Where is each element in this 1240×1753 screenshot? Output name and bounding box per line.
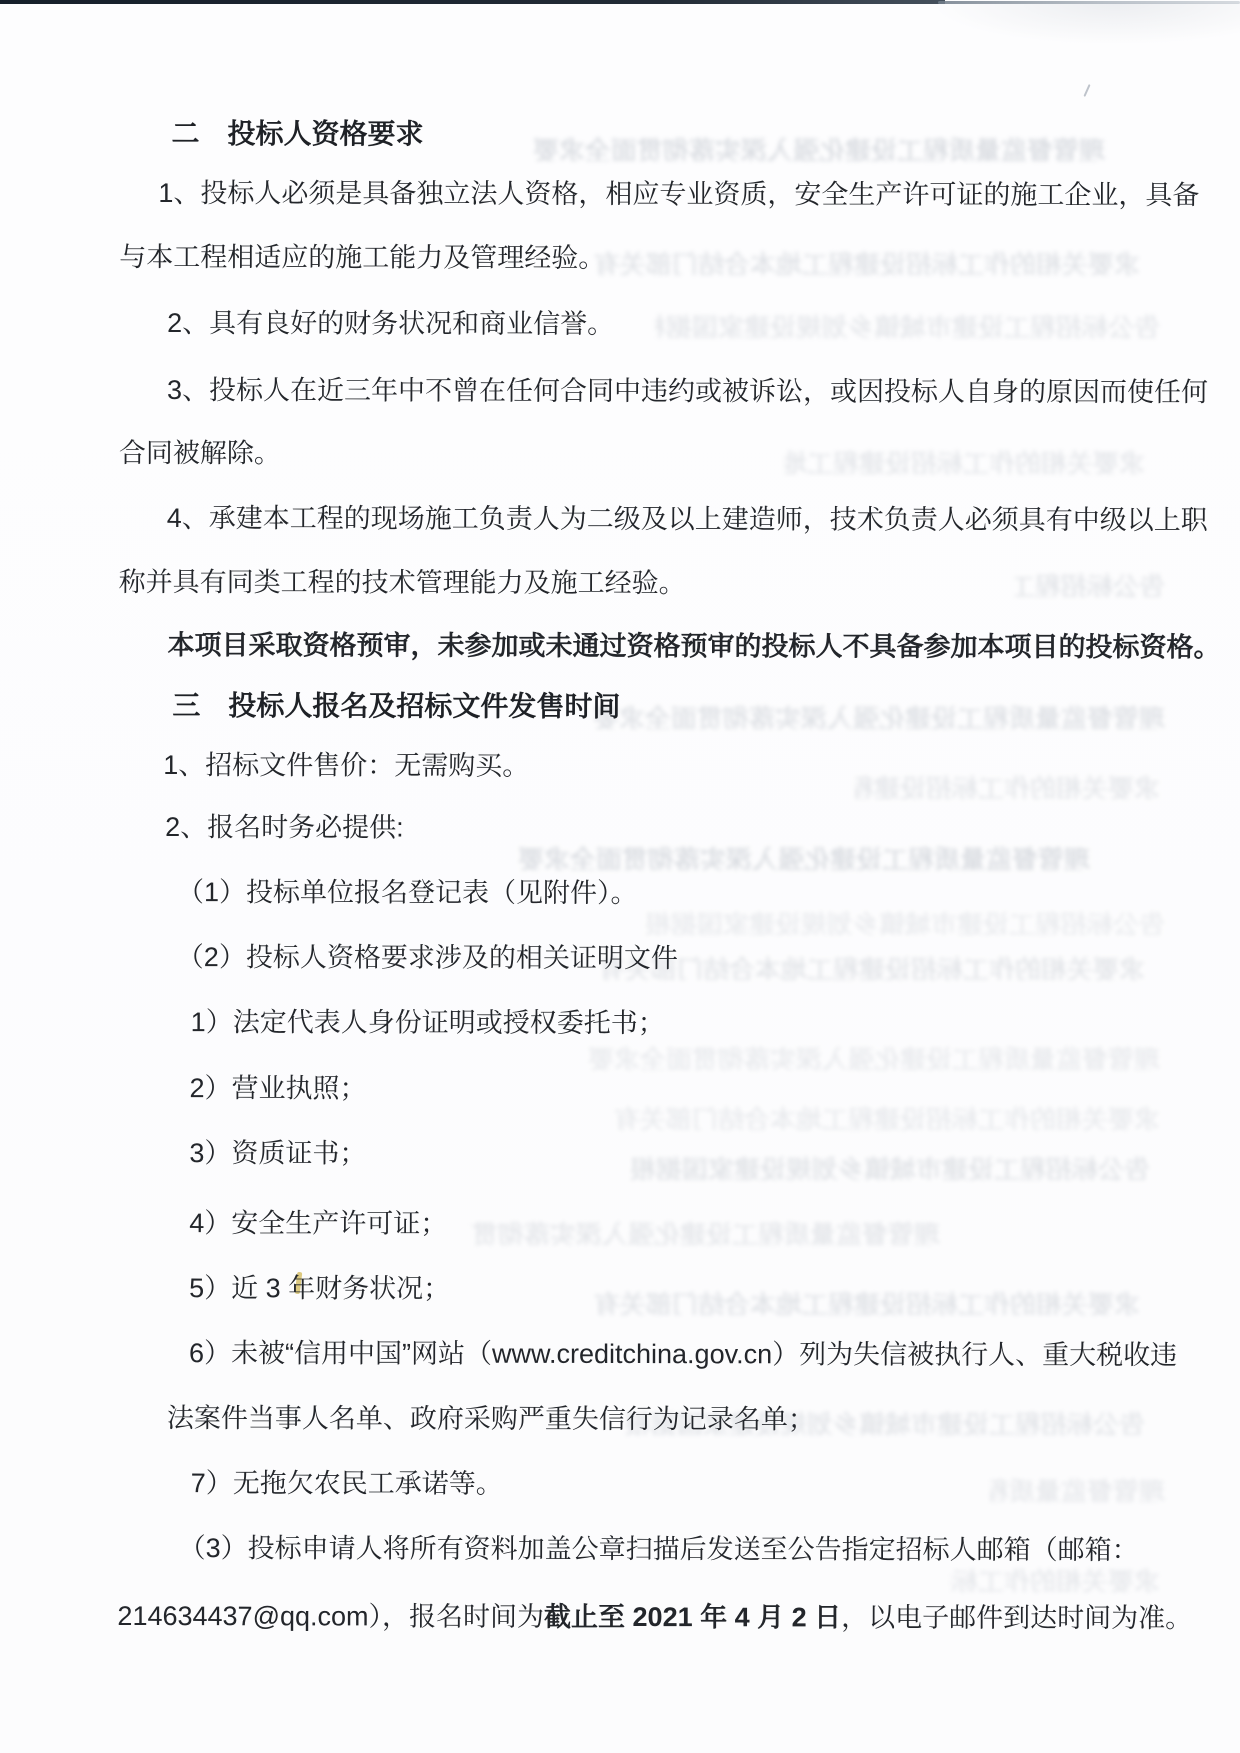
document-text-layer: 二 投标人资格要求 1、投标人必须是具备独立法人资格，相应专业资质，安全生产许可… — [0, 0, 1240, 1753]
qualification-item-4-line-1: 4、承建本工程的现场施工负责人为二级及以上建造师，技术负责人必须具有中级以上职 — [167, 502, 1208, 537]
qualification-item-3-line-2: 合同被解除。 — [119, 437, 281, 470]
deadline-text: 截止至 2021 年 4 月 2 日 — [544, 1602, 841, 1633]
registration-item-1: 1、招标文件售价：无需购买。 — [163, 749, 529, 783]
required-doc-paren-2: （2）投标人资格要求涉及的相关证明文件 — [177, 941, 678, 975]
proof-doc-3: 3）资质证书； — [189, 1137, 366, 1170]
prequalification-notice: 本项目采取资格预审，未参加或未通过资格预审的投标人不具备参加本项目的投标资格。 — [167, 629, 1220, 664]
qualification-item-1-line-1: 1、投标人必须是具备独立法人资格，相应专业资质，安全生产许可证的施工企业，具备 — [158, 177, 1199, 212]
proof-doc-2: 2）营业执照； — [190, 1072, 367, 1105]
email-and-lead-text: 214634437@qq.com），报名时间为 — [117, 1601, 544, 1632]
qualification-item-2: 2、具有良好的财务状况和商业信誉。 — [167, 307, 614, 341]
section-heading-3: 三 投标人报名及招标文件发售时间 — [172, 689, 620, 723]
scanned-document-page: 理管督监量质程工设建化强入深实落彻贯面全求要 求要关相的作工标招设建程工地本合结… — [0, 0, 1240, 1753]
registration-item-2: 2、报名时务必提供: — [165, 811, 404, 844]
submission-email-deadline: 214634437@qq.com），报名时间为截止至 2021 年 4 月 2 … — [117, 1600, 1192, 1635]
section-heading-2: 二 投标人资格要求 — [172, 117, 424, 151]
proof-doc-6-line-2: 法案件当事人名单、政府采购严重失信行为记录名单； — [167, 1402, 815, 1436]
deadline-tail-text: ，以电子邮件到达时间为准。 — [841, 1602, 1192, 1633]
proof-doc-5: 5）近 3 年财务状况； — [189, 1272, 450, 1306]
qualification-item-4-line-2: 称并具有同类工程的技术管理能力及施工经验。 — [119, 566, 686, 600]
qualification-item-3-line-1: 3、投标人在近三年中不曾在任何合同中违约或被诉讼，或因投标人自身的原因而使任何 — [167, 374, 1208, 409]
proof-doc-1: 1）法定代表人身份证明或授权委托书； — [191, 1006, 665, 1040]
proof-doc-4: 4）安全生产许可证； — [189, 1207, 447, 1241]
required-doc-paren-1: （1）投标单位报名登记表（见附件）。 — [177, 876, 638, 910]
qualification-item-1-line-2: 与本工程相适应的施工能力及管理经验。 — [119, 241, 605, 275]
proof-doc-7: 7）无拖欠农民工承诺等。 — [191, 1467, 503, 1501]
proof-doc-6-line-1: 6）未被“信用中国”网站（www.creditchina.gov.cn）列为失信… — [189, 1337, 1177, 1372]
submission-paren-3: （3）投标申请人将所有资料加盖公章扫描后发送至公告指定招标人邮箱（邮箱： — [179, 1532, 1139, 1567]
